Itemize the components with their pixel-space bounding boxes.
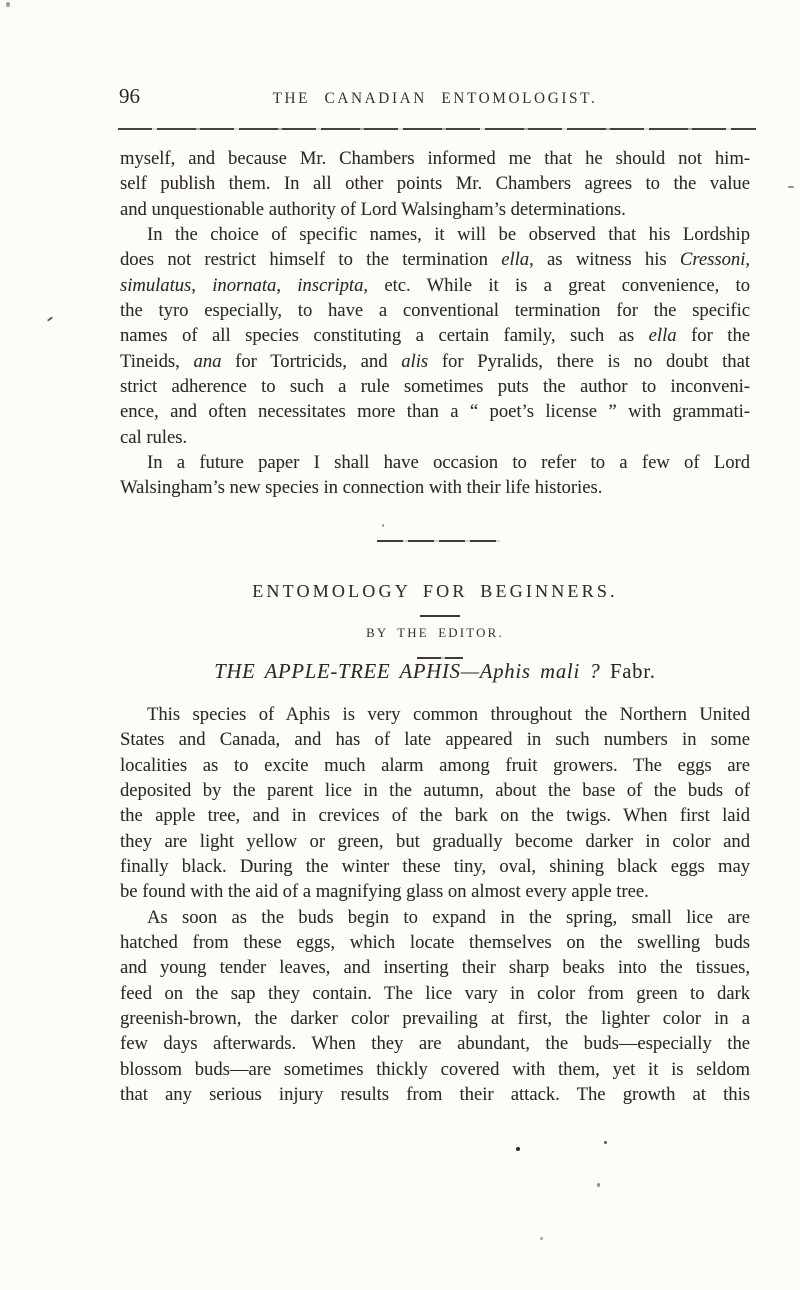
italic-text: inornata — [212, 275, 276, 296]
italic-text: ella — [501, 249, 529, 270]
text-line: myself, and because Mr. Chambers informe… — [120, 146, 750, 171]
italic-text: inscripta — [297, 275, 363, 296]
text-line: and unquestionable authority of Lord Wal… — [120, 197, 750, 222]
plain-text: This species of Aphis is very common thr… — [147, 704, 750, 725]
scan-speck — [516, 1147, 520, 1151]
scan-speck — [597, 1183, 600, 1187]
plain-text: , etc. While it is a great convenience, … — [363, 275, 750, 296]
text-line: names of all species constituting a cert… — [120, 323, 750, 348]
plain-text: that any serious injury results from the… — [120, 1084, 750, 1105]
italic-text: alis — [401, 351, 428, 372]
text-line: and young tender leaves, and inserting t… — [120, 955, 750, 980]
plain-text: feed on the sap they contain. The lice v… — [120, 983, 750, 1004]
text-line: States and Canada, and has of late appea… — [120, 727, 750, 752]
plain-text: be found with the aid of a magnifying gl… — [120, 881, 649, 902]
text-line: deposited by the parent lice in the autu… — [120, 778, 750, 803]
plain-text: hatched from these eggs, which locate th… — [120, 932, 750, 953]
plain-text: Walsingham’s new species in connection w… — [120, 477, 602, 498]
plain-text: Tineids, — [120, 351, 194, 372]
plain-text: the apple tree, and in crevices of the b… — [120, 805, 750, 826]
plain-text: for Tortricids, and — [221, 351, 401, 372]
text-line: simulatus, inornata, inscripta, etc. Whi… — [120, 273, 750, 298]
plain-text: Fabr. — [610, 661, 656, 683]
plain-text: for Pyralids, there is no doubt that — [428, 351, 750, 372]
text-line: As soon as the buds begin to expand in t… — [120, 905, 750, 930]
italic-text: THE APPLE-TREE APHIS—Aphis mali ? — [214, 661, 610, 683]
text-line: finally black. During the winter these t… — [120, 854, 750, 879]
text-line: This species of Aphis is very common thr… — [120, 702, 750, 727]
text-line: greenish-brown, the darker color prevail… — [120, 1006, 750, 1031]
plain-text: ence, and often necessitates more than a… — [120, 401, 750, 422]
plain-text: they are light yellow or green, but grad… — [120, 831, 750, 852]
plain-text: and unquestionable authority of Lord Wal… — [120, 199, 626, 220]
section-heading: ENTOMOLOGY FOR BEGINNERS. — [120, 581, 750, 602]
plain-text: States and Canada, and has of late appea… — [120, 729, 750, 750]
text-line: the apple tree, and in crevices of the b… — [120, 803, 750, 828]
text-line: strict adherence to such a rule sometime… — [120, 374, 750, 399]
plain-text: for the — [677, 325, 750, 346]
plain-text: , as witness his — [529, 249, 680, 270]
byline-divider — [417, 657, 463, 659]
text-line: be found with the aid of a magnifying gl… — [120, 879, 750, 904]
plain-text: deposited by the parent lice in the autu… — [120, 780, 750, 801]
text-line: few days afterwards. When they are abund… — [120, 1031, 750, 1056]
plain-text: localities as to excite much alarm among… — [120, 755, 750, 776]
italic-text: ana — [194, 351, 222, 372]
plain-text: names of all species constituting a cert… — [120, 325, 649, 346]
text-line: does not restrict himself to the termina… — [120, 247, 750, 272]
plain-text: In the choice of specific names, it will… — [147, 224, 750, 245]
text-line: feed on the sap they contain. The lice v… — [120, 981, 750, 1006]
plain-text: greenish-brown, the darker color prevail… — [120, 1008, 750, 1029]
scan-speck — [382, 524, 384, 527]
text-line: In a future paper I shall have occasion … — [120, 450, 750, 475]
text-line: localities as to excite much alarm among… — [120, 753, 750, 778]
text-line: blossom buds—are sometimes thickly cover… — [120, 1057, 750, 1082]
plain-text: few days afterwards. When they are abund… — [120, 1033, 750, 1054]
scan-speck — [540, 1237, 543, 1240]
plain-text: , — [276, 275, 297, 296]
text-line: the tyro especially, to have a conventio… — [120, 298, 750, 323]
scan-speck — [6, 2, 10, 7]
journal-title: THE CANADIAN ENTOMOLOGIST. — [120, 90, 750, 107]
scan-speck — [788, 186, 794, 188]
text-line: hatched from these eggs, which locate th… — [120, 930, 750, 955]
plain-text: the tyro especially, to have a conventio… — [120, 300, 750, 321]
byline: BY THE EDITOR. — [120, 626, 750, 641]
plain-text: , — [745, 249, 750, 270]
plain-text: cal rules. — [120, 427, 187, 448]
text-line: In the choice of specific names, it will… — [120, 222, 750, 247]
section-divider — [377, 540, 500, 542]
front-matter-text: myself, and because Mr. Chambers informe… — [120, 146, 750, 501]
plain-text: does not restrict himself to the termina… — [120, 249, 501, 270]
plain-text: As soon as the buds begin to expand in t… — [147, 907, 750, 928]
scan-speck — [604, 1141, 607, 1144]
scanned-journal-page: 96 THE CANADIAN ENTOMOLOGIST. myself, an… — [0, 0, 800, 1290]
plain-text: blossom buds—are sometimes thickly cover… — [120, 1059, 750, 1080]
text-line: ence, and often necessitates more than a… — [120, 399, 750, 424]
heading-divider — [420, 615, 460, 617]
text-line: that any serious injury results from the… — [120, 1082, 750, 1107]
plain-text: strict adherence to such a rule sometime… — [120, 376, 750, 397]
plain-text: , — [191, 275, 212, 296]
italic-text: ella — [649, 325, 677, 346]
scan-speck — [47, 316, 53, 321]
text-line: self publish them. In all other points M… — [120, 171, 750, 196]
header-rule — [118, 128, 756, 130]
text-line: cal rules. — [120, 425, 750, 450]
italic-text: Cressoni — [680, 249, 745, 270]
plain-text: myself, and because Mr. Chambers informe… — [120, 148, 750, 169]
plain-text: In a future paper I shall have occasion … — [147, 452, 750, 473]
article-body-text: This species of Aphis is very common thr… — [120, 702, 750, 1108]
plain-text: and young tender leaves, and inserting t… — [120, 957, 750, 978]
text-line: they are light yellow or green, but grad… — [120, 829, 750, 854]
text-line: Tineids, ana for Tortricids, and alis fo… — [120, 349, 750, 374]
article-title: THE APPLE-TREE APHIS—Aphis mali ? Fabr. — [120, 661, 750, 684]
text-line: Walsingham’s new species in connection w… — [120, 475, 750, 500]
italic-text: simulatus — [120, 275, 191, 296]
plain-text: self publish them. In all other points M… — [120, 173, 750, 194]
plain-text: finally black. During the winter these t… — [120, 856, 750, 877]
